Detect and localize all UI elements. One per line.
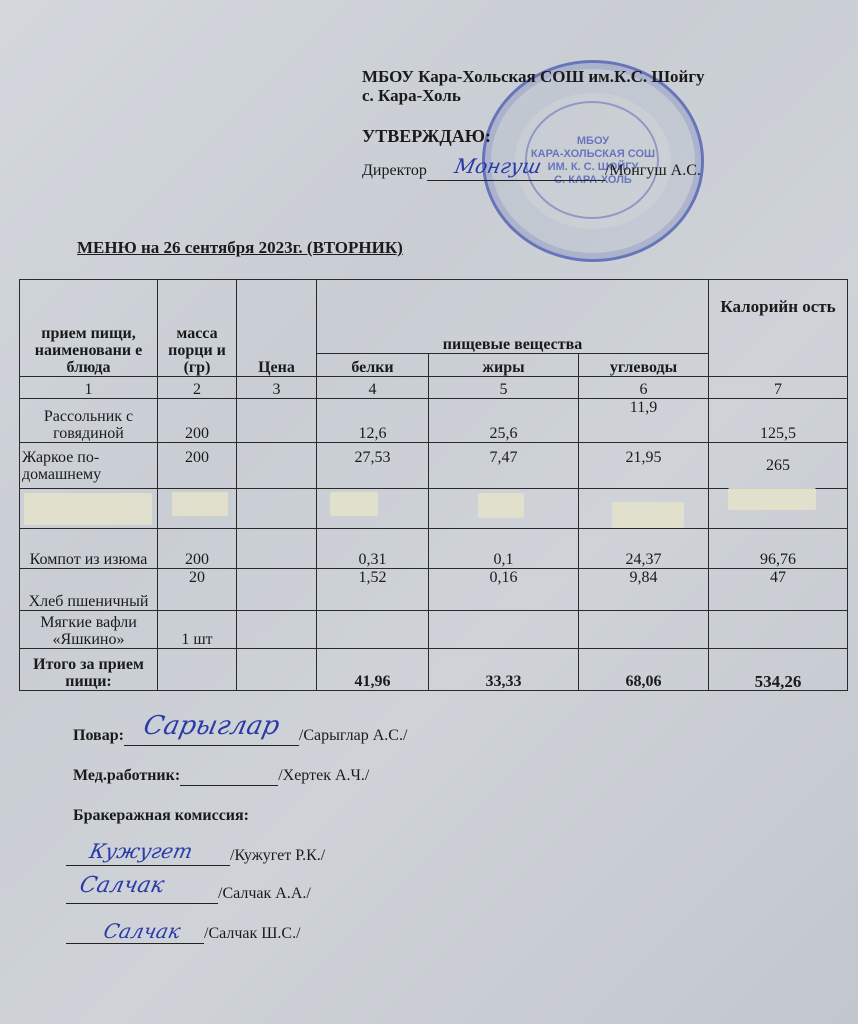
tape-patch: [612, 502, 684, 528]
table-row: Жаркое по-домашнему 200 27,53 7,47 21,95…: [20, 443, 848, 489]
dish-calories: 47: [709, 569, 848, 611]
tape-patch: [478, 493, 524, 518]
tape-patch: [330, 492, 378, 516]
dish-name: Жаркое по-домашнему: [20, 443, 158, 489]
dish-price: [237, 489, 317, 529]
table-row: Рассольник с говядиной 200 12,6 25,6 11,…: [20, 399, 848, 443]
medic-line: Мед.работник: /Хертек А.Ч./: [73, 767, 369, 786]
total-mass: [158, 649, 237, 691]
dish-name: Рассольник с говядиной: [20, 399, 158, 443]
dish-carbs: 9,84: [579, 569, 709, 611]
dish-fat: [429, 611, 579, 649]
col-num: 1: [20, 377, 158, 399]
director-name: /Монгуш А.С.: [605, 162, 701, 179]
total-carbs: 68,06: [579, 649, 709, 691]
commission-member: Кужугет /Кужугет Р.К./: [66, 847, 325, 866]
cook-name: /Сарыглар А.С./: [299, 727, 407, 744]
dish-carbs: 24,37: [579, 529, 709, 569]
header-price: Цена: [237, 280, 317, 377]
col-num: 2: [158, 377, 237, 399]
dish-price: [237, 569, 317, 611]
dish-price: [237, 611, 317, 649]
commission-title: Бракеражная комиссия:: [73, 807, 249, 824]
commission-member: Салчак /Салчак Ш.С./: [66, 925, 301, 944]
director-signature: Монгуш: [452, 154, 543, 178]
director-line: ДиректорМонгуш /Монгуш А.С.: [362, 162, 701, 181]
dish-carbs: 21,95: [579, 443, 709, 489]
school-name: МБОУ Кара-Хольская СОШ им.К.С. Шойгу: [362, 67, 705, 86]
dish-carbs: [579, 611, 709, 649]
column-number-row: 1 2 3 4 5 6 7: [20, 377, 848, 399]
village-name: с. Кара-Холь: [362, 86, 461, 105]
member-signature-line: Кужугет: [66, 847, 230, 866]
total-label: Итого за прием пищи:: [20, 649, 158, 691]
dish-price: [237, 443, 317, 489]
table-row: Компот из изюма 200 0,31 0,1 24,37 96,76: [20, 529, 848, 569]
header-carbs: углеводы: [579, 354, 709, 377]
dish-mass: 20: [158, 569, 237, 611]
cook-label: Повар:: [73, 727, 124, 744]
header-calories: Калорийн ость: [709, 280, 848, 377]
dish-name: Компот из изюма: [20, 529, 158, 569]
dish-mass: 200: [158, 529, 237, 569]
header-protein: белки: [317, 354, 429, 377]
commission-member: Салчак /Салчак А.А./: [66, 885, 311, 904]
total-price: [237, 649, 317, 691]
table-row: Мягкие вафли «Яшкино» 1 шт: [20, 611, 848, 649]
header-mass: масса порци и (гр): [158, 280, 237, 377]
director-label: Директор: [362, 162, 427, 179]
member-signature: Кужугет: [87, 839, 194, 863]
dish-carbs: 11,9: [579, 399, 709, 443]
table-row: Хлеб пшеничный 20 1,52 0,16 9,84 47: [20, 569, 848, 611]
menu-title: МЕНЮ на 26 сентября 2023г. (ВТОРНИК): [77, 238, 403, 258]
dish-protein: 0,31: [317, 529, 429, 569]
dish-fat: 0,16: [429, 569, 579, 611]
dish-name: Хлеб пшеничный: [20, 569, 158, 611]
total-calories: 534,26: [709, 649, 848, 691]
tape-patch: [728, 488, 816, 510]
member-name: /Салчак Ш.С./: [204, 925, 301, 942]
dish-mass: 200: [158, 399, 237, 443]
commission-label: Бракеражная комиссия:: [73, 807, 249, 825]
medic-label: Мед.работник:: [73, 767, 180, 784]
dish-mass: 1 шт: [158, 611, 237, 649]
cook-signature-line: Сарыглар: [124, 727, 299, 746]
total-protein: 41,96: [317, 649, 429, 691]
total-row: Итого за прием пищи: 41,96 33,33 68,06 5…: [20, 649, 848, 691]
tape-patch: [172, 492, 228, 516]
member-signature-line: Салчак: [66, 925, 204, 944]
tape-patch: [24, 493, 152, 525]
dish-calories: 265: [709, 443, 848, 489]
dish-protein: 27,53: [317, 443, 429, 489]
dish-calories: [709, 611, 848, 649]
col-num: 3: [237, 377, 317, 399]
header-meal: прием пищи, наименовани е блюда: [20, 280, 158, 377]
dish-protein: 1,52: [317, 569, 429, 611]
cook-signature: Сарыглар: [141, 711, 282, 741]
member-signature: Салчак: [77, 873, 166, 898]
col-num: 6: [579, 377, 709, 399]
dish-protein: [317, 611, 429, 649]
dish-name: Мягкие вафли «Яшкино»: [20, 611, 158, 649]
medic-name: /Хертек А.Ч./: [278, 767, 369, 784]
total-fat: 33,33: [429, 649, 579, 691]
dish-protein: 12,6: [317, 399, 429, 443]
medic-signature-line: [180, 767, 278, 786]
dish-calories: 125,5: [709, 399, 848, 443]
dish-fat: 0,1: [429, 529, 579, 569]
col-num: 4: [317, 377, 429, 399]
dish-calories: 96,76: [709, 529, 848, 569]
dish-price: [237, 399, 317, 443]
col-num: 5: [429, 377, 579, 399]
member-signature-line: Салчак: [66, 885, 218, 904]
col-num: 7: [709, 377, 848, 399]
cook-line: Повар:Сарыглар /Сарыглар А.С./: [73, 727, 407, 746]
dish-fat: 7,47: [429, 443, 579, 489]
approve-label: УТВЕРЖДАЮ:: [362, 127, 491, 146]
member-signature: Салчак: [101, 919, 182, 943]
dish-fat: 25,6: [429, 399, 579, 443]
header-fat: жиры: [429, 354, 579, 377]
stamp-line: МБОУ: [485, 135, 701, 148]
menu-table: прием пищи, наименовани е блюда масса по…: [19, 279, 848, 691]
director-signature-line: Монгуш: [427, 162, 605, 181]
dish-price: [237, 529, 317, 569]
dish-mass: 200: [158, 443, 237, 489]
header-nutrients: пищевые вещества: [317, 280, 709, 354]
member-name: /Кужугет Р.К./: [230, 847, 325, 864]
member-name: /Салчак А.А./: [218, 885, 311, 902]
